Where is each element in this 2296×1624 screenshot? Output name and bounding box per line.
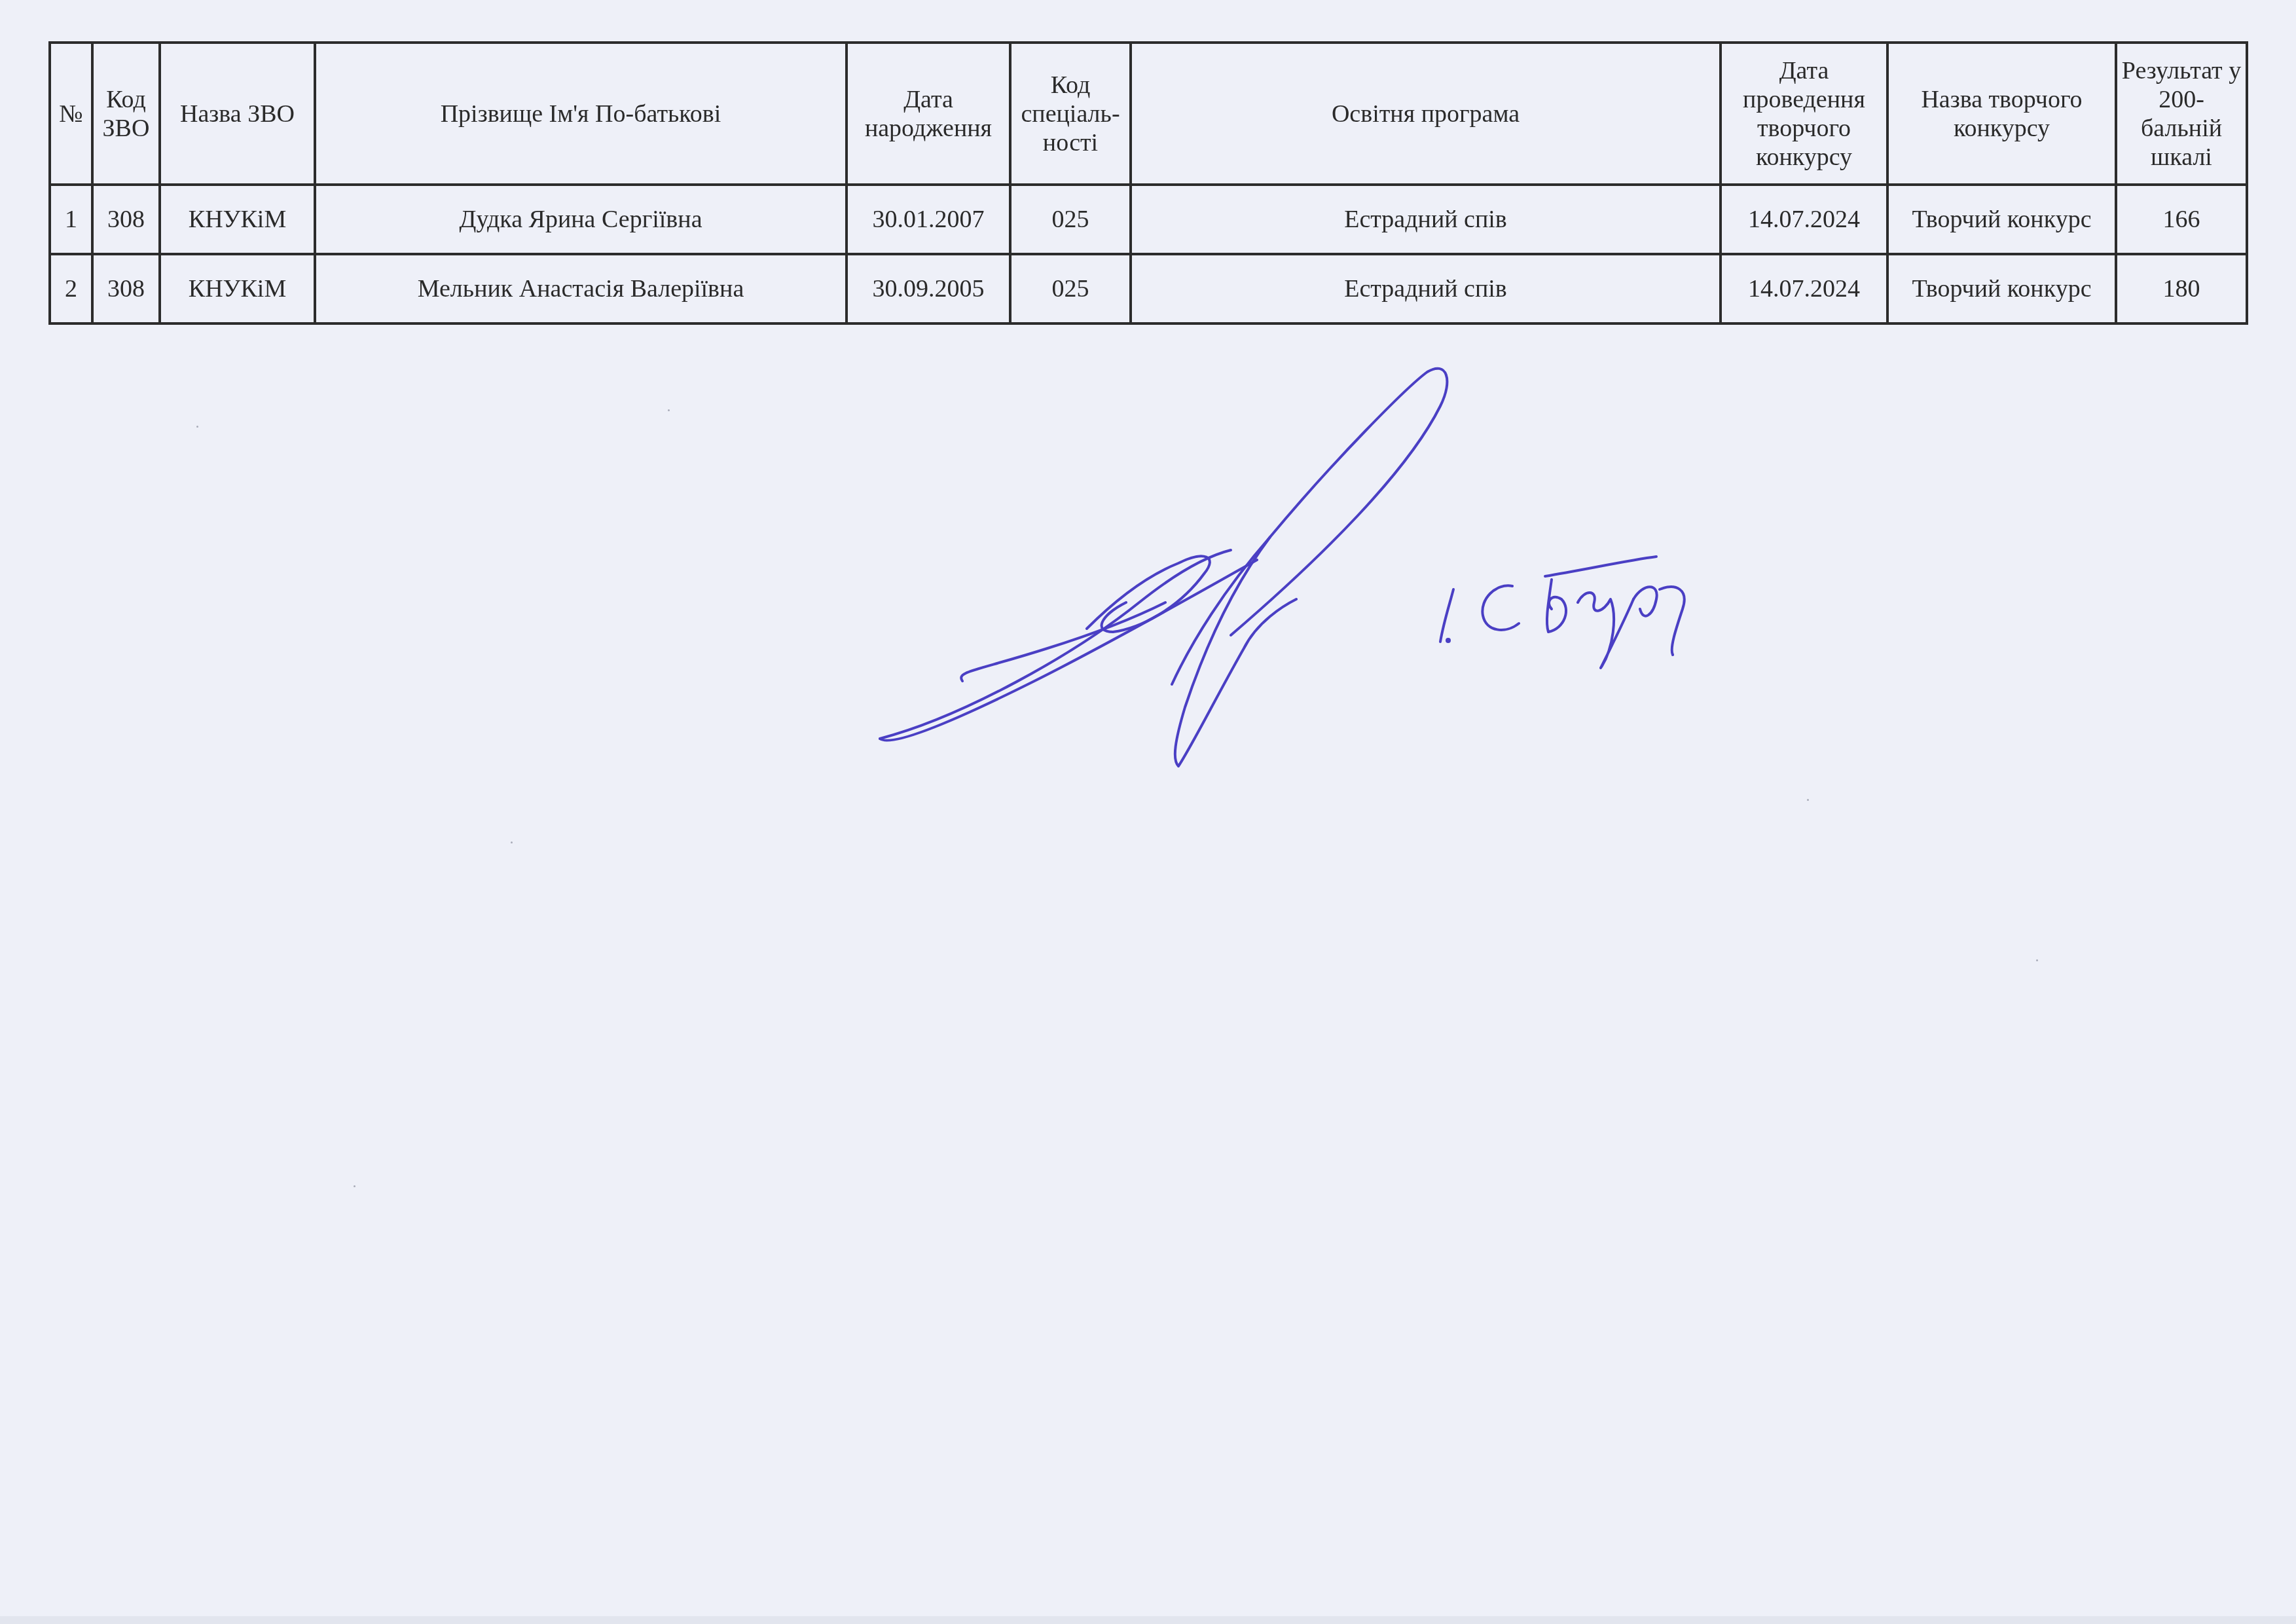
header-contest-date: Дата проведення творчого конкурсу — [1721, 43, 1887, 185]
cell-score: 166 — [2116, 185, 2247, 254]
header-score: Результат у 200-бальній шкалі — [2116, 43, 2247, 185]
header-num: № — [50, 43, 92, 185]
header-contest-name: Назва творчого конкурсу — [1887, 43, 2116, 185]
cell-specialty-code: 025 — [1010, 185, 1131, 254]
cell-uni-code: 308 — [92, 254, 160, 323]
paper-speck — [1807, 799, 1809, 801]
header-uni-code: Код ЗВО — [92, 43, 160, 185]
header-program: Освітня програма — [1131, 43, 1721, 185]
cell-contest-name: Творчий конкурс — [1887, 185, 2116, 254]
header-full-name: Прізвище Ім'я По-батькові — [315, 43, 847, 185]
table-row: 2 308 КНУКіМ Мельник Анастасія Валеріївн… — [50, 254, 2247, 323]
cell-num: 1 — [50, 185, 92, 254]
signature-icon — [864, 341, 1912, 812]
cell-uni-name: КНУКіМ — [160, 185, 315, 254]
paper-speck — [668, 409, 670, 411]
paper-speck — [2036, 959, 2038, 961]
cell-contest-date: 14.07.2024 — [1721, 254, 1887, 323]
cell-uni-name: КНУКіМ — [160, 254, 315, 323]
paper-speck — [354, 1185, 355, 1187]
header-uni-name: Назва ЗВО — [160, 43, 315, 185]
cell-contest-date: 14.07.2024 — [1721, 185, 1887, 254]
cell-specialty-code: 025 — [1010, 254, 1131, 323]
table-row: 1 308 КНУКіМ Дудка Ярина Сергіївна 30.01… — [50, 185, 2247, 254]
cell-full-name: Дудка Ярина Сергіївна — [315, 185, 847, 254]
header-specialty-code: Код спеціаль­ності — [1010, 43, 1131, 185]
cell-contest-name: Творчий конкурс — [1887, 254, 2116, 323]
cell-program: Естрадний спів — [1131, 185, 1721, 254]
results-table: № Код ЗВО Назва ЗВО Прізвище Ім'я По-бат… — [48, 41, 2248, 325]
header-row: № Код ЗВО Назва ЗВО Прізвище Ім'я По-бат… — [50, 43, 2247, 185]
cell-score: 180 — [2116, 254, 2247, 323]
cell-uni-code: 308 — [92, 185, 160, 254]
cell-full-name: Мельник Анастасія Валеріївна — [315, 254, 847, 323]
cell-program: Естрадний спів — [1131, 254, 1721, 323]
cell-num: 2 — [50, 254, 92, 323]
header-birth-date: Дата народження — [847, 43, 1010, 185]
cell-birth-date: 30.01.2007 — [847, 185, 1010, 254]
page-bottom-edge — [0, 1616, 2296, 1624]
paper-speck — [511, 841, 513, 843]
paper-speck — [196, 426, 198, 428]
cell-birth-date: 30.09.2005 — [847, 254, 1010, 323]
